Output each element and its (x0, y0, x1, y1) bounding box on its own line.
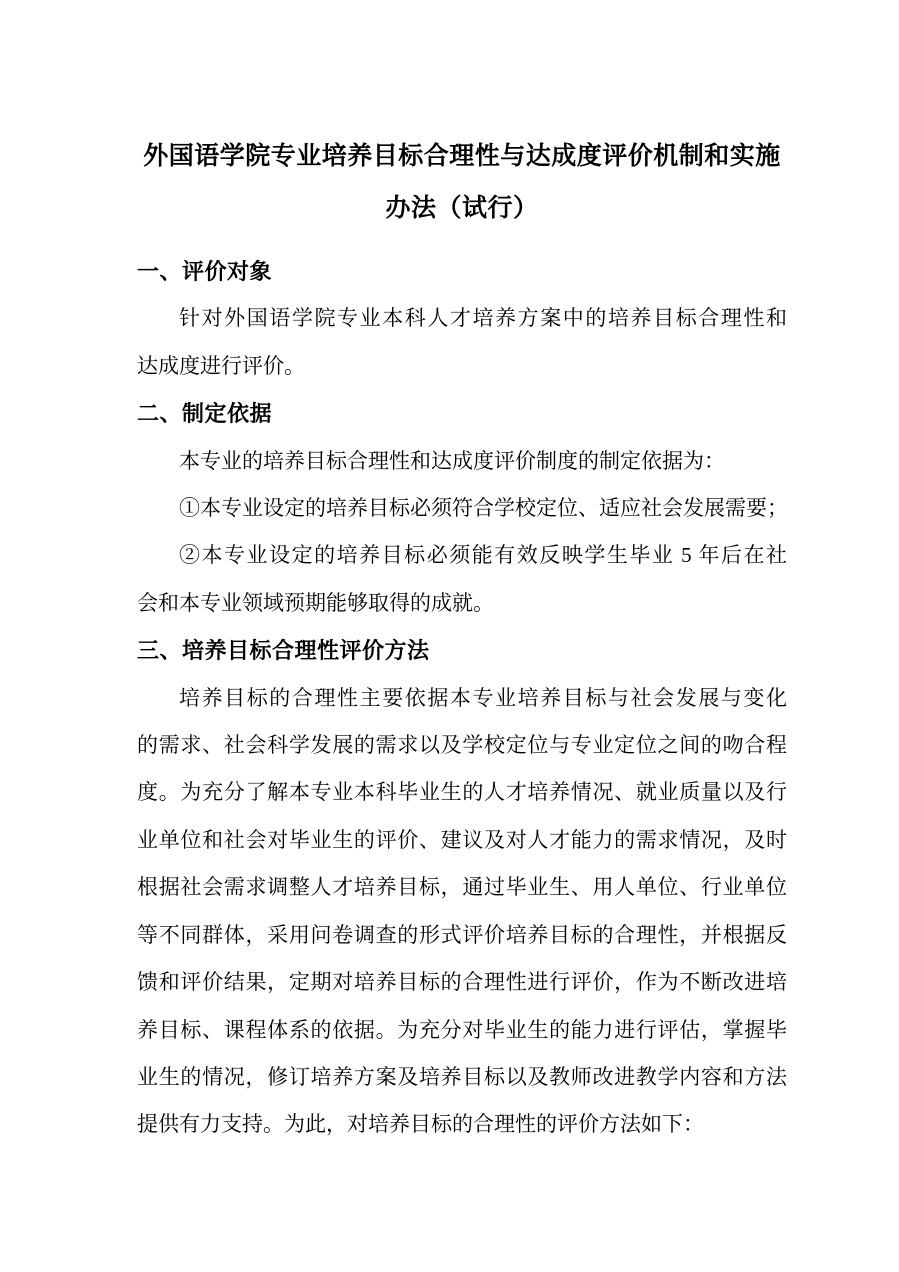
paragraph-line: ②本专业设定的培养目标必须能有效反映学生毕业 5 年后在社 (137, 532, 787, 579)
paragraph-line: 馈和评价结果，定期对培养目标的合理性进行评价，作为不断改进培 (137, 959, 787, 1006)
section-heading: 一、评价对象 (137, 248, 787, 295)
section-heading: 二、制定依据 (137, 390, 787, 437)
document-body: 一、评价对象针对外国语学院专业本科人才培养方案中的培养目标合理性和达成度进行评价… (137, 248, 787, 1149)
paragraph-line: 本专业的培养目标合理性和达成度评价制度的制定依据为： (137, 438, 787, 485)
document-content: 外国语学院专业培养目标合理性与达成度评价机制和实施 办法（试行） 一、评价对象针… (137, 130, 787, 1149)
paragraph-line: 的需求、社会科学发展的需求以及学校定位与专业定位之间的吻合程 (137, 722, 787, 769)
paragraph-line: 提供有力支持。为此，对培养目标的合理性的评价方法如下： (137, 1101, 787, 1148)
title-line-1: 外国语学院专业培养目标合理性与达成度评价机制和实施 (137, 130, 787, 182)
paragraph-line: 根据社会需求调整人才培养目标，通过毕业生、用人单位、行业单位 (137, 864, 787, 911)
paragraph-line: 业生的情况，修订培养方案及培养目标以及教师改进教学内容和方法 (137, 1054, 787, 1101)
paragraph-line: 养目标、课程体系的依据。为充分对毕业生的能力进行评估，掌握毕 (137, 1007, 787, 1054)
document-page: 外国语学院专业培养目标合理性与达成度评价机制和实施 办法（试行） 一、评价对象针… (0, 0, 899, 1272)
document-title: 外国语学院专业培养目标合理性与达成度评价机制和实施 办法（试行） (137, 130, 787, 234)
paragraph-line: 针对外国语学院专业本科人才培养方案中的培养目标合理性和 (137, 295, 787, 342)
title-line-2: 办法（试行） (137, 182, 787, 234)
paragraph-line: ①本专业设定的培养目标必须符合学校定位、适应社会发展需要； (137, 485, 787, 532)
paragraph-line: 达成度进行评价。 (137, 343, 787, 390)
paragraph-line: 会和本专业领域预期能够取得的成就。 (137, 580, 787, 627)
paragraph-line: 度。为充分了解本专业本科毕业生的人才培养情况、就业质量以及行 (137, 769, 787, 816)
paragraph-line: 培养目标的合理性主要依据本专业培养目标与社会发展与变化 (137, 675, 787, 722)
section-heading: 三、培养目标合理性评价方法 (137, 627, 787, 674)
paragraph-line: 等不同群体，采用问卷调查的形式评价培养目标的合理性，并根据反 (137, 912, 787, 959)
paragraph-line: 业单位和社会对毕业生的评价、建议及对人才能力的需求情况，及时 (137, 817, 787, 864)
